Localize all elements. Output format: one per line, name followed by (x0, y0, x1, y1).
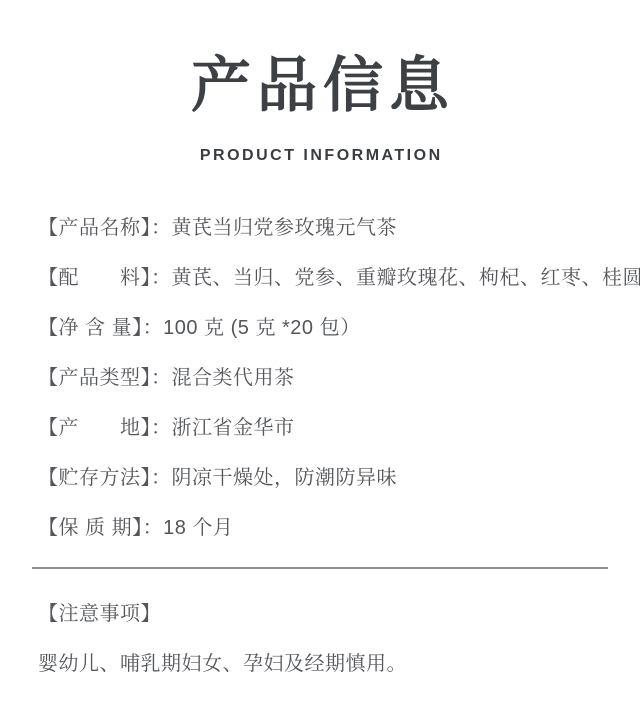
spec-row-ingredients: 【配 料】：黄芪、当归、党参、重瓣玫瑰花、枸杞、红枣、桂圆 (0, 250, 640, 300)
spec-value-ingredients: 黄芪、当归、党参、重瓣玫瑰花、枸杞、红枣、桂圆 (172, 261, 640, 290)
product-info-panel: 产品信息 PRODUCT INFORMATION 【产品名称】：黄芪当归党参玫瑰… (0, 0, 640, 725)
spec-row-storage: 【贮存方法】：阴凉干燥处，防潮防异味 (0, 450, 640, 500)
spec-value-product-type: 混合类代用茶 (172, 361, 295, 390)
spec-value-net-weight: 100 克 (5 克 *20 包） (163, 311, 360, 340)
notice-text: 婴幼儿、哺乳期妇女、孕妇及经期慎用。 (0, 636, 640, 686)
spec-label-product-name: 【产品名称】： (38, 211, 172, 240)
spec-label-origin: 【产 地】： (38, 411, 172, 440)
spec-label-storage: 【贮存方法】： (38, 461, 172, 490)
spec-label-product-type: 【产品类型】： (38, 361, 172, 390)
section-divider (32, 567, 608, 569)
page-title: 产品信息 (0, 0, 640, 116)
spec-value-shelf-life: 18 个月 (163, 511, 233, 540)
spec-value-origin: 浙江省金华市 (172, 411, 295, 440)
spec-list: 【产品名称】：黄芪当归党参玫瑰元气茶 【配 料】：黄芪、当归、党参、重瓣玫瑰花、… (0, 200, 640, 550)
spec-value-product-name: 黄芪当归党参玫瑰元气茶 (172, 211, 398, 240)
spec-row-shelf-life: 【保 质 期】：18 个月 (0, 500, 640, 550)
spec-row-product-name: 【产品名称】：黄芪当归党参玫瑰元气茶 (0, 200, 640, 250)
notice-title: 【注意事项】 (0, 586, 640, 636)
spec-row-product-type: 【产品类型】：混合类代用茶 (0, 350, 640, 400)
spec-row-net-weight: 【净 含 量】：100 克 (5 克 *20 包） (0, 300, 640, 350)
spec-label-ingredients: 【配 料】： (38, 261, 172, 290)
spec-row-origin: 【产 地】：浙江省金华市 (0, 400, 640, 450)
page-subtitle: PRODUCT INFORMATION (0, 146, 640, 165)
spec-label-net-weight: 【净 含 量】： (38, 311, 163, 340)
spec-label-shelf-life: 【保 质 期】： (38, 511, 163, 540)
spec-value-storage: 阴凉干燥处，防潮防异味 (172, 461, 398, 490)
